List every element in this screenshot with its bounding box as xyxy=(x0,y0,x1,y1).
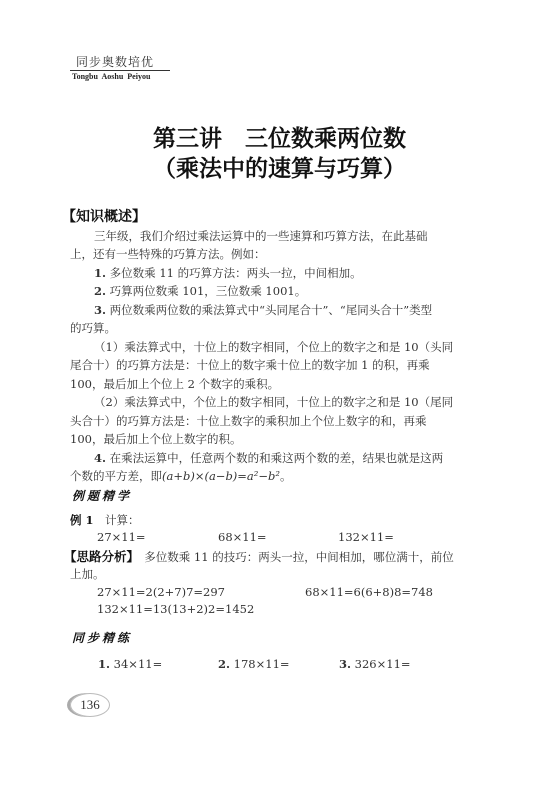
item-number: 1. xyxy=(94,266,106,280)
example-problem: 68×11= xyxy=(218,530,267,544)
lesson-subtitle: （乘法中的速算与巧算） xyxy=(0,150,559,183)
solution: 132×11=13(13+2)2=1452 xyxy=(97,602,254,616)
sub2-line-2: 头合十）的巧算方法是：十位上数字的乘积加上个位上数字的和，再乘 xyxy=(70,412,490,431)
analysis-heading: 【思路分析】 xyxy=(64,549,133,564)
header-rule xyxy=(70,70,170,71)
sub1-line-3: 100，最后加上个位上 2 个数字的乘积。 xyxy=(70,375,490,394)
knowledge-item-4: 4. 在乘法运算中，任意两个数的和乘这两个数的差，结果也就是这两 xyxy=(70,449,490,468)
item-number: 1. xyxy=(98,657,110,671)
page-number: 136 xyxy=(80,697,100,713)
knowledge-item-3: 3. 两位数乘两位数的乘法算式中“头同尾合十”、“尾同头合十”类型 xyxy=(70,301,490,320)
item-text: 在乘法运算中，任意两个数的和乘这两个数的差，结果也就是这两 xyxy=(110,451,444,465)
example-label: 例 1 xyxy=(70,513,94,527)
example-problem: 132×11= xyxy=(338,530,394,544)
practice-expr: 326×11= xyxy=(355,657,411,671)
item-number: 3. xyxy=(94,303,106,317)
item-text: 个数的平方差，即 xyxy=(70,469,162,483)
item-text: 两位数乘两位数的乘法算式中“头同尾合十”、“尾同头合十”类型 xyxy=(110,303,433,317)
sub1-line-2: 尾合十）的巧算方法是：十位上的数字乘十位上的数字加 1 的积，再乘 xyxy=(70,356,490,375)
sub2-line-3: 100，最后加上个位上数字的积。 xyxy=(70,430,490,449)
item-number: 4. xyxy=(94,451,106,465)
knowledge-item-1: 1. 多位数乘 11 的巧算方法：两头一拉，中间相加。 xyxy=(70,264,490,283)
practice-item: 2. 178×11= xyxy=(218,657,290,671)
practice-expr: 178×11= xyxy=(234,657,290,671)
analysis-line-2: 上加。 xyxy=(70,566,105,582)
item-number: 2. xyxy=(94,284,106,298)
practice-item: 1. 34×11= xyxy=(98,657,162,671)
page-number-badge: 136 xyxy=(70,693,110,717)
analysis-text: 多位数乘 11 的技巧：两头一拉，中间相加，哪位满十，前位 xyxy=(144,550,453,564)
practice-heading: 同步精练 xyxy=(72,629,132,646)
solution: 68×11=6(6+8)8=748 xyxy=(305,585,433,599)
example-prompt: 计算： xyxy=(105,513,140,527)
series-title-cn: 同步奥数培优 xyxy=(76,53,154,70)
lesson-title: 第三讲 三位数乘两位数 xyxy=(0,120,559,153)
practice-item: 3. 326×11= xyxy=(339,657,411,671)
knowledge-heading: 【知识概述】 xyxy=(62,206,146,226)
item-text: 巧算两位数乘 101，三位数乘 1001。 xyxy=(110,284,307,298)
intro-line-1: 三年级，我们介绍过乘法运算中的一些速算和巧算方法，在此基础 xyxy=(70,227,490,246)
item-end: 。 xyxy=(280,469,292,483)
difference-of-squares-formula: (a+b)×(a−b)=a²−b² xyxy=(162,469,280,483)
item-number: 3. xyxy=(339,657,351,671)
knowledge-item-4-cont: 个数的平方差，即(a+b)×(a−b)=a²−b²。 xyxy=(70,467,490,486)
item-text: 多位数乘 11 的巧算方法：两头一拉，中间相加。 xyxy=(110,266,362,280)
practice-expr: 34×11= xyxy=(114,657,163,671)
knowledge-item-2: 2. 巧算两位数乘 101，三位数乘 1001。 xyxy=(70,282,490,301)
sub2-line-1: （2）乘法算式中，个位上的数字相同，十位上的数字之和是 10（尾同 xyxy=(70,393,490,412)
examples-heading: 例题精学 xyxy=(72,487,132,504)
sub1-line-1: （1）乘法算式中，十位上的数字相同，个位上的数字之和是 10（头同 xyxy=(70,338,490,357)
series-title-en: Tongbu Aoshu Peiyou xyxy=(72,72,150,81)
item-number: 2. xyxy=(218,657,230,671)
knowledge-item-3-cont: 的巧算。 xyxy=(70,319,490,338)
intro-line-2: 上，还有一些特殊的巧算方法。例如： xyxy=(70,245,490,264)
example-problem: 27×11= xyxy=(97,530,146,544)
solution: 27×11=2(2+7)7=297 xyxy=(97,585,225,599)
analysis-line-1: 【思路分析】 多位数乘 11 的技巧：两头一拉，中间相加，哪位满十，前位 xyxy=(64,547,504,565)
example-1-header: 例 1 计算： xyxy=(70,512,140,528)
